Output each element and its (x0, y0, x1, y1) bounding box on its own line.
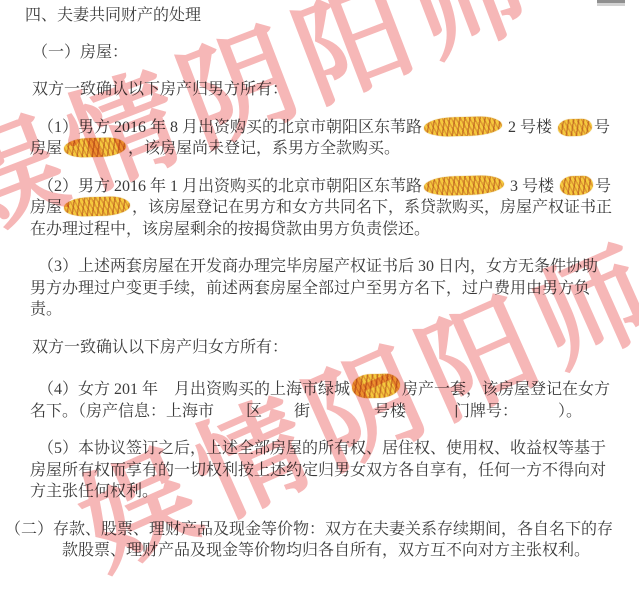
paragraph: （3）上述两套房屋在开发商办理完毕房屋产权证书后 30 日内，女方无条件协助男方… (30, 256, 613, 321)
document-content: 四、夫妻共同财产的处理 （一）房屋：双方一致确认以下房产归男方所有：（1）男方 … (0, 0, 639, 562)
paragraph: （1）男方 2016 年 8 月出资购买的北京市朝阳区东苇路 2 号楼 号房屋，… (30, 117, 613, 160)
paragraph: （2）男方 2016 年 1 月出资购买的北京市朝阳区东苇路 3 号楼 号房屋，… (30, 176, 613, 241)
redaction-highlight (560, 175, 593, 195)
paragraph-text: （1）男方 2016 年 8 月出资购买的北京市朝阳区东苇路 (38, 119, 422, 136)
paragraph-text: （二）存款、股票、理财产品及现金等价物：双方在夫妻关系存续期间，各自名下的存款股… (5, 521, 613, 560)
screenshot-corner-artifact (597, 0, 625, 3)
redaction-highlight (424, 115, 502, 136)
paragraph: 双方一致确认以下房产归男方所有： (32, 79, 613, 101)
section-title: 四、夫妻共同财产的处理 (25, 5, 613, 27)
paragraph-list: （一）房屋：双方一致确认以下房产归男方所有：（1）男方 2016 年 8 月出资… (0, 42, 639, 562)
paragraph-text: （一）房屋： (32, 44, 128, 61)
paragraph-text: （2）男方 2016 年 1 月出资购买的北京市朝阳区东苇路 (38, 178, 422, 195)
redaction-highlight (64, 137, 126, 158)
paragraph-text: （5）本协议签订之后，上述全部房屋的所有权、居住权、使用权、收益权等基于房屋所有… (30, 440, 606, 500)
paragraph-text: （3）上述两套房屋在开发商办理完毕房屋产权证书后 30 日内，女方无条件协助男方… (30, 258, 598, 318)
redaction-highlight (558, 118, 592, 136)
paragraph: （5）本协议签订之后，上述全部房屋的所有权、居住权、使用权、收益权等基于房屋所有… (30, 438, 613, 503)
redaction-highlight (424, 174, 504, 195)
document-page: 娱情阴阳师 娱情阴阳师 四、夫妻共同财产的处理 （一）房屋：双方一致确认以下房产… (0, 0, 639, 605)
paragraph: 双方一致确认以下房产归女方所有： (32, 337, 613, 359)
paragraph-text: 3 号楼 (506, 178, 558, 195)
paragraph-text: 双方一致确认以下房产归女方所有： (32, 339, 288, 356)
paragraph-text: （4）女方 201 年 月出资购买的上海市绿城 (38, 381, 350, 398)
paragraph: （4）女方 201 年 月出资购买的上海市绿城房产一套，该房屋登记在女方名下。（… (30, 374, 613, 422)
paragraph-text: ，该房屋尚未登记，系男方全款购买。 (128, 140, 400, 157)
paragraph-text: 双方一致确认以下房产归男方所有： (32, 81, 288, 98)
redaction-highlight (352, 373, 401, 398)
paragraph: （一）房屋： (32, 42, 613, 64)
paragraph: （二）存款、股票、理财产品及现金等价物：双方在夫妻关系存续期间，各自名下的存款股… (5, 519, 615, 562)
paragraph-text: 2 号楼 (504, 119, 556, 136)
redaction-highlight (64, 196, 130, 217)
